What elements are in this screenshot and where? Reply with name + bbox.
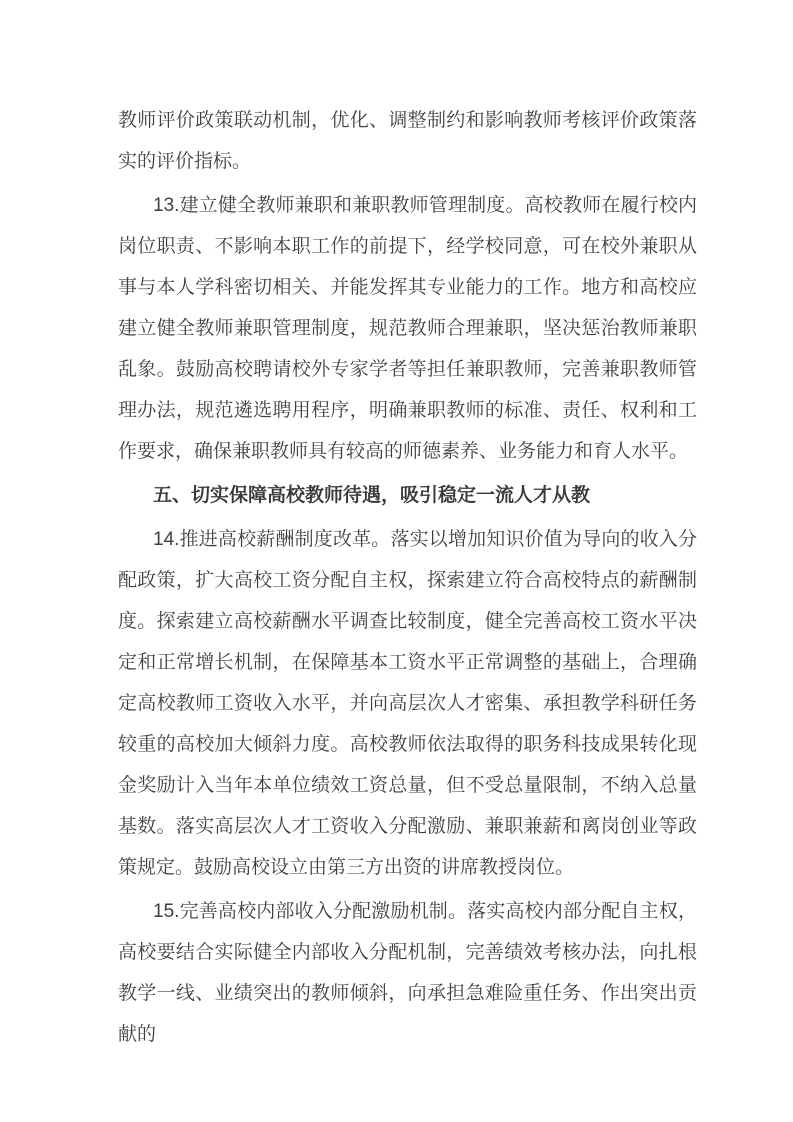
paragraph-item-13: 13.建立健全教师兼职和兼职教师管理制度。高校教师在履行校内岗位职责、不影响本职… xyxy=(118,185,697,472)
paragraph-continuation: 教师评价政策联动机制，优化、调整制约和影响教师考核评价政策落实的评价指标。 xyxy=(118,100,697,182)
paragraph-item-14: 14.推进高校薪酬制度改革。落实以增加知识价值为导向的收入分配政策，扩大高校工资… xyxy=(118,519,697,888)
document-page: 教师评价政策联动机制，优化、调整制约和影响教师考核评价政策落实的评价指标。 13… xyxy=(0,0,793,1122)
section-heading-5: 五、切实保障高校教师待遇，吸引稳定一流人才从教 xyxy=(118,475,697,516)
paragraph-item-15: 15.完善高校内部收入分配激励机制。落实高校内部分配自主权，高校要结合实际健全内… xyxy=(118,891,697,1055)
